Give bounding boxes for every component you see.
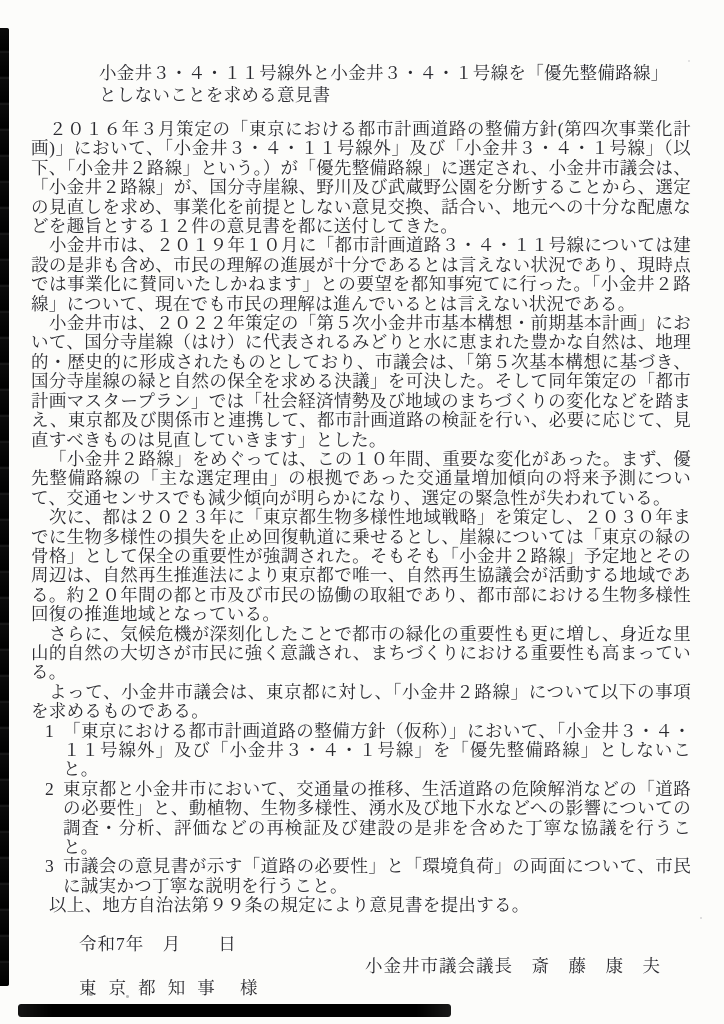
- paragraph-5: 次に、都は２０２３年に「東京都生物多様性地域戦略」を策定し、２０３０年までに生物…: [31, 508, 691, 624]
- scan-artifact-bottom-bar: [18, 1004, 451, 1017]
- paragraph-4: 「小金井２路線」をめぐっては、この１０年間、重要な変化があった。まず、優先整備路…: [31, 450, 691, 508]
- paragraph-7: よって、小金井市議会は、東京都に対し、「小金井２路線」について以下の事項を求める…: [31, 683, 691, 722]
- item-number: 1: [45, 722, 54, 741]
- document-title: 小金井３・４・１１号線外と小金井３・４・１号線を「優先整備路線」 としないことを…: [99, 62, 691, 106]
- item-number: 2: [45, 780, 54, 799]
- title-line-1: 小金井３・４・１１号線外と小金井３・４・１号線を「優先整備路線」: [99, 62, 691, 84]
- document-body: 小金井３・４・１１号線外と小金井３・４・１号線を「優先整備路線」 としないことを…: [31, 62, 691, 998]
- list-item-2: 2 東京都と小金井市において、交通量の推移、生活道路の危険解消などの「道路の必要…: [31, 780, 691, 858]
- scan-artifact-left-bar: [0, 28, 9, 986]
- item-text: 市議会の意見書が示す「道路の必要性」と「環境負荷」の両面について、市民に誠実かつ…: [63, 856, 691, 895]
- scan-speck: [700, 917, 702, 919]
- list-item-1: 1 「東京における都市計画道路の整備方針（仮称）」において、「小金井３・４・１１…: [31, 722, 691, 780]
- closing-statement: 以上、地方自治法第９９条の規定により意見書を提出する。: [31, 896, 691, 915]
- paragraph-3: 小金井市は、２０２２年策定の「第５次小金井市基本構想・前期基本計画」において、国…: [31, 314, 691, 450]
- list-item-3: 3 市議会の意見書が示す「道路の必要性」と「環境負荷」の両面について、市民に誠実…: [31, 857, 691, 896]
- item-text: 「東京における都市計画道路の整備方針（仮称）」において、「小金井３・４・１１号線…: [63, 721, 691, 780]
- paragraph-6: さらに、気候危機が深刻化したことで都市の緑化の重要性も更に増し、身近な里山的自然…: [31, 625, 691, 683]
- paragraph-1: ２０１６年３月策定の「東京における都市計画道路の整備方針(第四次事業化計画)」に…: [31, 120, 691, 236]
- date-line: 令和7年 月 日: [79, 934, 691, 954]
- scanned-document-page: 小金井３・４・１１号線外と小金井３・４・１号線を「優先整備路線」 としないことを…: [0, 0, 724, 1024]
- addressee-line: 東 京 都 知 事 様: [79, 978, 691, 998]
- signature-line: 小金井市議会議長 斎 藤 康 夫: [31, 956, 691, 976]
- item-text: 東京都と小金井市において、交通量の推移、生活道路の危険解消などの「道路の必要性」…: [63, 779, 691, 857]
- paragraph-2: 小金井市は、２０１９年１０月に「都市計画道路３・４・１１号線については建設の是非…: [31, 236, 691, 314]
- title-line-2: としないことを求める意見書: [99, 84, 691, 106]
- item-number: 3: [45, 857, 54, 876]
